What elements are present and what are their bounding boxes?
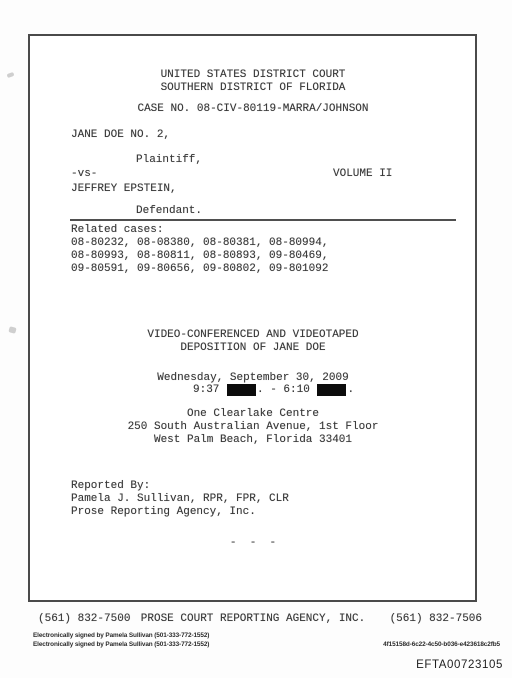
electronic-signature-line1: Electronically signed by Pamela Sullivan… <box>33 632 209 639</box>
redaction-box <box>317 384 346 396</box>
section-divider-dashes: - - - <box>28 537 478 549</box>
related-cases-label: Related cases: <box>71 224 163 236</box>
plaintiff-role: Plaintiff, <box>136 154 202 166</box>
defendant-name: JEFFREY EPSTEIN, <box>71 183 177 195</box>
bates-number: EFTA00723105 <box>416 659 503 671</box>
case-number: CASE NO. 08-CIV-80119-MARRA/JOHNSON <box>28 103 478 115</box>
caption-divider-rule <box>70 219 456 221</box>
reported-by-label: Reported By: <box>71 480 150 492</box>
defendant-role: Defendant. <box>136 205 202 217</box>
related-cases-row: 08-80232, 08-08380, 08-80381, 08-80994, <box>71 237 328 249</box>
related-cases-row: 09-80591, 09-80656, 09-80802, 09-801092 <box>71 263 328 275</box>
footer-phone-right: (561) 832-7506 <box>390 613 482 625</box>
location-line1: One Clearlake Centre <box>28 408 478 420</box>
deposition-title-line2: DEPOSITION OF JANE DOE <box>28 342 478 354</box>
related-cases-row: 08-80993, 08-80811, 08-80893, 09-80469, <box>71 250 328 262</box>
deposition-title-line1: VIDEO-CONFERENCED AND VIDEOTAPED <box>28 329 478 341</box>
time-end: . <box>347 384 354 396</box>
deposition-time-row: 9:37 . - 6:10 . <box>193 384 354 396</box>
reporter-name: Pamela J. Sullivan, RPR, FPR, CLR <box>71 493 289 505</box>
reporter-agency: Prose Reporting Agency, Inc. <box>71 506 256 518</box>
court-name-line2: SOUTHERN DISTRICT OF FLORIDA <box>28 82 478 94</box>
time-start: 9:37 <box>193 384 226 396</box>
scan-smudge-middle <box>8 326 16 334</box>
redaction-box <box>227 384 256 396</box>
scan-smudge-top <box>7 72 15 78</box>
location-line3: West Palm Beach, Florida 33401 <box>28 434 478 446</box>
location-line2: 250 South Australian Avenue, 1st Floor <box>28 421 478 433</box>
document-hash: 4f15158d-6c22-4c50-b036-e423618c2fb5 <box>383 641 500 648</box>
volume-label: VOLUME II <box>333 168 392 180</box>
electronic-signature-line2: Electronically signed by Pamela Sullivan… <box>33 641 209 648</box>
scanned-deposition-page: UNITED STATES DISTRICT COURT SOUTHERN DI… <box>0 0 512 678</box>
plaintiff-name: JANE DOE NO. 2, <box>71 129 170 141</box>
court-name-line1: UNITED STATES DISTRICT COURT <box>28 69 478 81</box>
versus-label: -vs- <box>71 168 97 180</box>
deposition-date: Wednesday, September 30, 2009 <box>28 372 478 384</box>
time-middle: . - 6:10 <box>257 384 316 396</box>
